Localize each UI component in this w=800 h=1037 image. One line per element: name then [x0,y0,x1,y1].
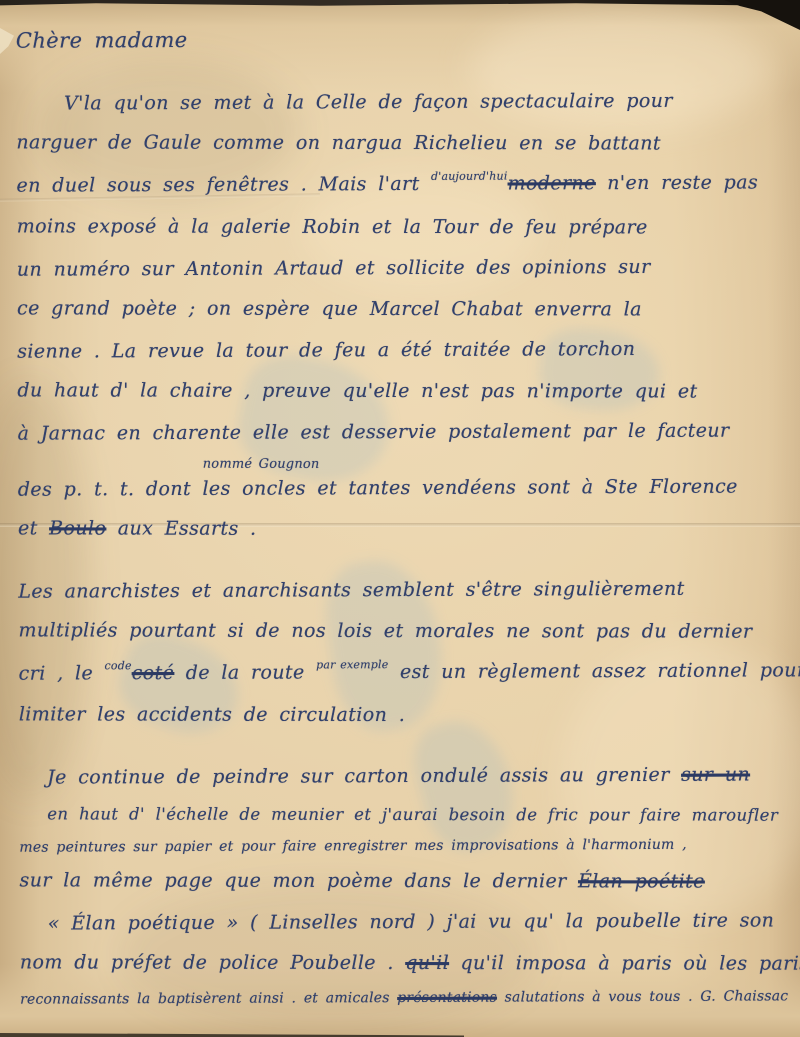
handwritten-line: limiter les accidents de circulation . [19,694,789,736]
text-segment: cri , le [19,662,105,684]
text-segment: « Élan poétique » ( Linselles nord ) j'a… [48,909,775,934]
handwritten-line: et Boulo aux Essarts . [18,508,788,550]
text-segment: est un règlement assez rationnel pour [388,659,800,683]
strikethrough-segment: qu'il [405,952,449,974]
text-segment: salutations à vous tous . G. Chaissac [497,988,788,1005]
text-segment: V'la qu'on se met à la Celle de façon sp… [64,90,673,115]
text-segment: Chère madame [16,28,188,53]
text-segment: en haut d' l'échelle de meunier et j'aur… [47,804,778,824]
text-segment: n'en reste pas [596,171,758,194]
handwritten-line: narguer de Gaule comme on nargua Richeli… [16,122,786,164]
letter-paragraph: Je continue de peindre sur carton ondulé… [19,754,790,1014]
letter-paragraph: V'la qu'on se met à la Celle de façon sp… [16,80,788,551]
strikethrough-segment: sur un [681,763,750,785]
scanned-letter-page: Chère madameV'la qu'on se met à la Celle… [0,0,800,1037]
text-segment: reconnaissants la baptisèrent ainsi . et… [20,990,397,1008]
handwritten-line: nom du préfet de police Poubelle . qu'il… [20,942,790,984]
handwritten-line: Les anarchistes et anarchisants semblent… [18,568,788,612]
text-segment: qu'il imposa à paris où les parisiens [449,952,800,975]
text-segment: sur la même page que mon poème dans le d… [20,869,579,892]
handwritten-line: en haut d' l'échelle de meunier et j'aur… [19,796,789,832]
handwritten-line: V'la qu'on se met à la Celle de façon sp… [16,80,786,124]
text-segment: un numéro sur Antonin Artaud et sollicit… [17,256,651,281]
handwritten-line: sur la même page que mon poème dans le d… [20,860,790,902]
text-segment: Les anarchistes et anarchisants semblent… [18,578,684,603]
strikethrough-segment: Boulo [49,517,106,539]
text-segment: multipliés pourtant si de nos lois et mo… [18,619,752,642]
handwritten-letter-body: Chère madameV'la qu'on se met à la Celle… [16,14,790,1034]
text-segment: moins exposé à la galerie Robin et la To… [17,215,648,238]
handwritten-line: des p. t. t. dont les oncles et tantes v… [18,466,788,510]
handwritten-line: Chère madame [16,14,786,63]
text-segment: de la route [174,661,316,684]
handwritten-line: nommé Gougnon [18,456,788,472]
text-segment: ce grand poète ; on espère que Marcel Ch… [17,297,642,320]
handwritten-line: un numéro sur Antonin Artaud et sollicit… [17,246,787,290]
text-segment: des p. t. t. dont les oncles et tantes v… [18,476,738,501]
handwritten-line: Je continue de peindre sur carton ondulé… [19,754,789,798]
text-segment: Je continue de peindre sur carton ondulé… [47,764,681,789]
text-segment: du haut d' la chaire , preuve qu'elle n'… [17,379,697,402]
scanner-edge-top [0,0,800,6]
strikethrough-segment: moderne [508,172,596,194]
text-segment: nommé Gougnon [203,457,320,472]
letter-paragraph: Chère madame [16,14,786,63]
strikethrough-segment: présentations [397,990,497,1006]
handwritten-line: multipliés pourtant si de nos lois et mo… [18,610,788,652]
handwritten-line: sienne . La revue la tour de feu a été t… [17,328,787,372]
handwritten-line: moins exposé à la galerie Robin et la To… [17,206,787,248]
inserted-word: par exemple [316,658,388,671]
strikethrough-segment: Élan poétite [578,870,705,892]
handwritten-line: en duel sous ses fenêtres . Mais l'art d… [16,162,786,208]
handwritten-line: reconnaissants la baptisèrent ainsi . et… [20,982,790,1014]
handwritten-line: à Jarnac en charente elle est desservie … [18,410,788,454]
text-segment: à Jarnac en charente elle est desservie … [18,420,730,445]
handwritten-line: cri , le codecoté de la route par exempl… [19,650,789,696]
paper-chip [0,28,14,54]
text-segment: nom du préfet de police Poubelle . [20,951,405,974]
inserted-word: code [104,659,131,672]
text-segment: en duel sous ses fenêtres . Mais l'art [16,173,431,197]
handwritten-line: mes peintures sur papier et pour faire e… [19,830,789,862]
text-segment: narguer de Gaule comme on nargua Richeli… [16,131,661,154]
handwritten-line: « Élan poétique » ( Linselles nord ) j'a… [20,900,790,944]
text-segment: aux Essarts . [106,517,256,539]
text-segment: sienne . La revue la tour de feu a été t… [17,338,635,363]
handwritten-line: du haut d' la chaire , preuve qu'elle n'… [17,370,787,412]
text-segment: mes peintures sur papier et pour faire e… [19,837,686,856]
text-segment: limiter les accidents de circulation . [19,703,405,726]
text-segment: et [18,517,49,539]
letter-paragraph: Les anarchistes et anarchisants semblent… [18,568,789,737]
handwritten-line: ce grand poète ; on espère que Marcel Ch… [17,288,787,330]
strikethrough-segment: coté [132,662,175,684]
inserted-word: d'aujourd'hui [431,169,508,182]
